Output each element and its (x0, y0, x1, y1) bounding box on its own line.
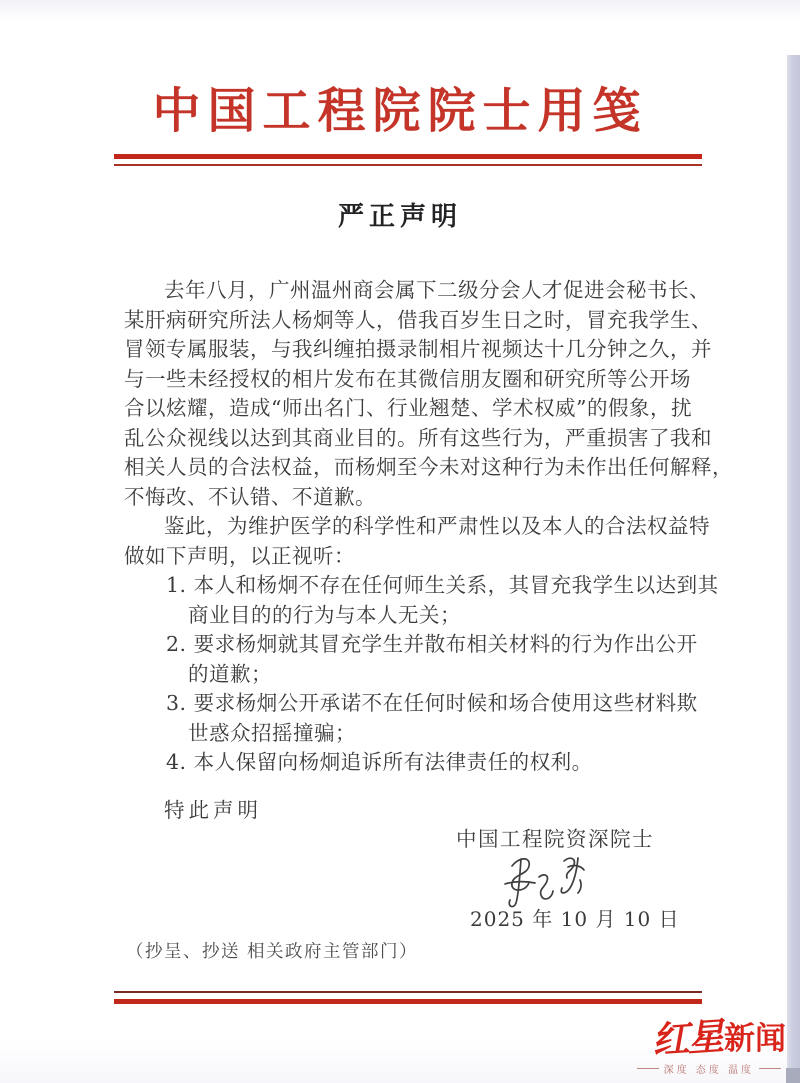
brand-logo-bold: 新闻 (724, 1019, 786, 1059)
statement-line: 合以炫耀，造成“师出名门、行业翘楚、学术权威”的假象，扰 (124, 394, 710, 424)
statement-line: 1. 本人和杨炯不存在任何师生关系，其冒充我学生以达到其 (124, 571, 710, 601)
scan-corner-artifact (786, 1068, 800, 1083)
statement-closing: 特此声明 (164, 793, 262, 823)
statement-line: 去年八月，广州温州商会属下二级分会人才促进会秘书长、 (124, 276, 710, 306)
statement-line: 相关人员的合法权益，而杨炯至今未对这种行为未作出任何解释， (124, 453, 710, 483)
statement-line: 商业目的的行为与本人无关； (124, 601, 710, 631)
statement-line: 世惑众招摇撞骗； (124, 719, 710, 749)
statement-line: 与一些未经授权的相片发布在其微信朋友圈和研究所等公开场 (124, 365, 710, 395)
statement-date: 2025 年 10 月 10 日 (470, 903, 680, 932)
statement-line: 乱公众视线以达到其商业目的。所有这些行为，严重损害了我和 (124, 424, 710, 454)
footer-rule-thin (114, 991, 702, 993)
tagline-dash-left (637, 1068, 659, 1069)
statement-line: 不悔改、不认错、不道歉。 (124, 483, 710, 513)
statement-line: 冒领专属服装，与我纠缠拍摄录制相片视频达十几分钟之久，并 (124, 335, 710, 365)
statement-line: 做如下声明，以正视听： (124, 542, 710, 572)
statement-line: 鉴此，为维护医学的科学性和严肃性以及本人的合法权益特 (124, 512, 710, 542)
statement-body: 去年八月，广州温州商会属下二级分会人才促进会秘书长、某肝病研究所法人杨炯等人，借… (124, 276, 710, 778)
tagline-text: 深度 态度 温度 (664, 1061, 754, 1076)
document-page: 中国工程院院士用笺 严正声明 去年八月，广州温州商会属下二级分会人才促进会秘书长… (0, 0, 800, 1083)
letterhead-rule-thick (114, 154, 702, 159)
statement-line: 某肝病研究所法人杨炯等人，借我百岁生日之时，冒充我学生、 (124, 306, 710, 336)
red-star-news-watermark: 红星 新闻 深度 态度 温度 (626, 1014, 786, 1076)
letterhead-rule-thin (114, 164, 702, 166)
brand-logo-script: 红星 (651, 1014, 724, 1063)
statement-heading: 严正声明 (0, 201, 800, 233)
statement-line: 2. 要求杨炯就其冒充学生并散布相关材料的行为作出公开 (124, 630, 710, 660)
tagline-dash-right (759, 1068, 781, 1069)
statement-line: 的道歉； (124, 660, 710, 690)
statement-line: 3. 要求杨炯公开承诺不在任何时候和场合使用这些材料欺 (124, 689, 710, 719)
cc-note: （抄呈、抄送 相关政府主管部门） (126, 938, 418, 963)
brand-tagline: 深度 态度 温度 (626, 1061, 786, 1076)
footer-rule-thick (114, 999, 702, 1004)
statement-line: 4. 本人保留向杨炯追诉所有法律责任的权利。 (124, 748, 710, 778)
signer-title: 中国工程院资深院士 (456, 822, 654, 852)
letterhead-title: 中国工程院院士用笺 (0, 84, 800, 138)
